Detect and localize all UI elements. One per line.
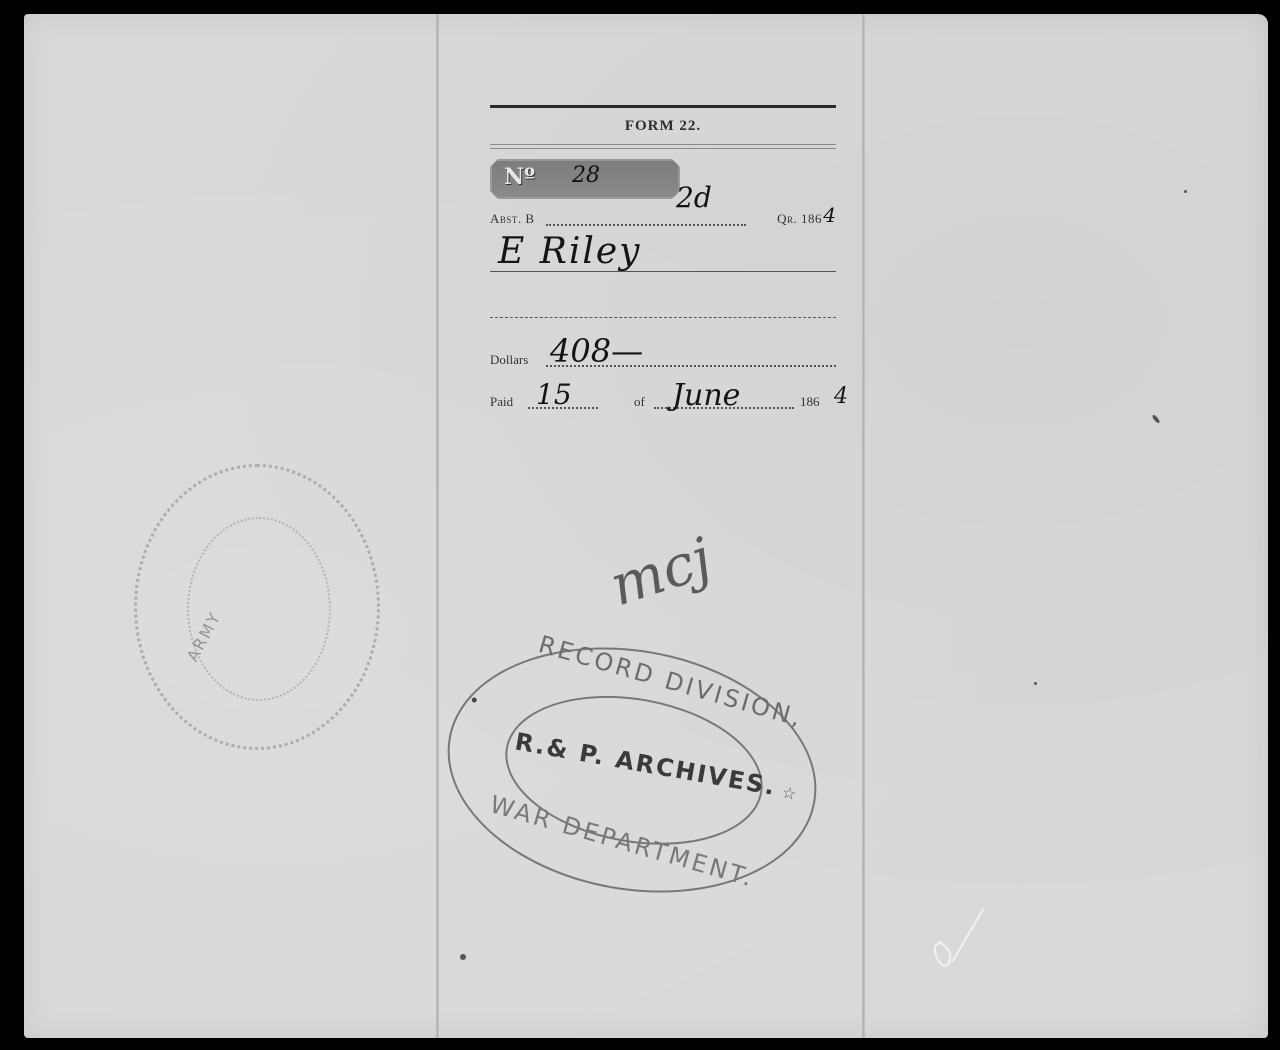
number-value: 28: [572, 163, 600, 188]
pencil-scribble-mark: [924, 904, 994, 974]
dollars-value: 408—: [550, 332, 643, 370]
paid-row: Paid 15 of June 186 4: [490, 384, 836, 418]
star-icon: ☆: [780, 783, 798, 805]
paid-month: June: [672, 378, 740, 413]
number-label: Nº: [504, 164, 535, 190]
ink-speck: [1151, 414, 1160, 424]
quarter-year-digit: 4: [823, 203, 836, 227]
form-title: FORM 22.: [490, 118, 836, 135]
abstract-label: Abst. B: [490, 211, 535, 227]
quarter-value: 2d: [676, 181, 712, 214]
payee-name: E Riley: [498, 231, 642, 272]
top-rule: [490, 105, 836, 108]
abstract-row: Abst. B 2d Qr. 186 4: [490, 203, 836, 229]
dollars-row: Dollars 408—: [490, 340, 836, 370]
ink-speck: [460, 954, 466, 960]
of-label: of: [634, 394, 645, 410]
fold-line-right: [862, 14, 865, 1038]
payee-row: E Riley: [490, 229, 836, 275]
faint-bleed-through-stamp: ARMY: [134, 464, 380, 750]
quarter-label: Qr. 186: [777, 211, 822, 227]
abstract-dotted-line: [546, 224, 746, 226]
number-plate: Nº 28: [490, 159, 680, 199]
paid-year-digit: 4: [834, 384, 848, 409]
form-22-receipt: FORM 22. Nº 28 Abst. B 2d Qr. 186 4 E Ri…: [490, 105, 836, 418]
paid-year-label: 186: [800, 394, 820, 410]
quarter-label-text: Qr. 186: [777, 211, 822, 226]
stamp-dot: [471, 697, 477, 703]
double-rule: [490, 144, 836, 149]
paid-label: Paid: [490, 394, 513, 410]
ink-speck: [1184, 190, 1187, 193]
ink-speck: [1034, 682, 1037, 685]
dollars-label: Dollars: [490, 352, 528, 368]
payee-underline: [490, 271, 836, 272]
paid-day: 15: [536, 378, 572, 411]
blank-dashed-line: [490, 317, 836, 318]
fold-line-left: [436, 14, 439, 1038]
